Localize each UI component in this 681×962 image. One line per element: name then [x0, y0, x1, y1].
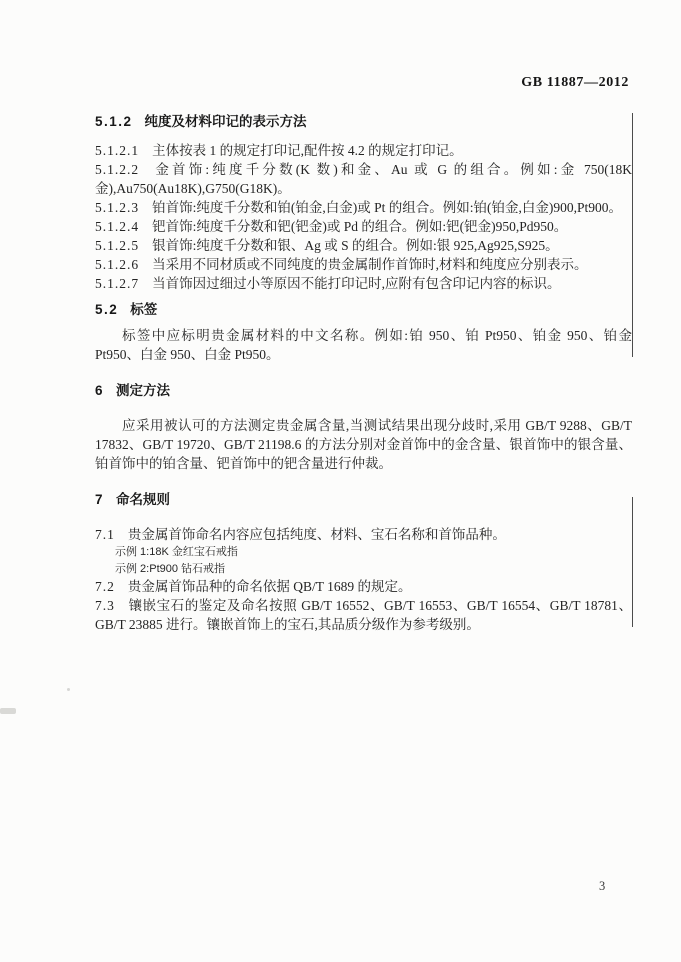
clause-text: 当首饰因过细过小等原因不能打印记时,应附有包含印记内容的标识。	[152, 276, 560, 291]
heading-6: 6测定方法	[95, 381, 632, 400]
clause-text: 主体按表 1 的规定打印记,配件按 4.2 的规定打印记。	[152, 143, 463, 158]
heading-number: 7	[95, 490, 104, 509]
scan-artifact-dot	[67, 688, 70, 691]
clause-number: 5.1.2.2	[95, 160, 139, 179]
document-content: 5.1.2纯度及材料印记的表示方法5.1.2.1主体按表 1 的规定打印记,配件…	[95, 112, 632, 634]
clause-5-1-2-5: 5.1.2.5银首饰:纯度千分数和银、Ag 或 S 的组合。例如:银 925,A…	[95, 236, 632, 255]
clause-number: 5.1.2.7	[95, 274, 139, 293]
clause-number: 7.2	[95, 577, 115, 596]
scan-edge-rule-bottom	[632, 497, 633, 627]
clause-text: 金首饰:纯度千分数(K 数)和金、Au 或 G 的组合。例如:金 750(18K…	[95, 162, 632, 196]
heading-title: 纯度及材料印记的表示方法	[145, 114, 307, 129]
page-number: 3	[599, 879, 605, 894]
clause-number: 5.1.2.6	[95, 255, 139, 274]
scan-edge-rule-top	[632, 113, 633, 357]
clause-5-1-2-6: 5.1.2.6当采用不同材质或不同纯度的贵金属制作首饰时,材料和纯度应分别表示。	[95, 255, 632, 274]
clause-5-1-2-7: 5.1.2.7当首饰因过细过小等原因不能打印记时,应附有包含印记内容的标识。	[95, 274, 632, 293]
clause-5-1-2-2: 5.1.2.2金首饰:纯度千分数(K 数)和金、Au 或 G 的组合。例如:金 …	[95, 160, 632, 198]
scan-artifact-smudge	[0, 708, 16, 714]
para-9: 标签中应标明贵金属材料的中文名称。例如:铂 950、铂 Pt950、铂金 950…	[95, 326, 632, 364]
clause-text: 示例 2:Pt900 钻石戒指	[115, 563, 225, 575]
clause-5-1-2-1: 5.1.2.1主体按表 1 的规定打印记,配件按 4.2 的规定打印记。	[95, 141, 632, 160]
heading-number: 5.2	[95, 300, 118, 319]
example-14: 示例 1:18K 金红宝石戒指	[115, 544, 632, 561]
heading-5-1-2: 5.1.2纯度及材料印记的表示方法	[95, 112, 632, 131]
clause-number: 7.3	[95, 596, 115, 615]
clause-number: 5.1.2.5	[95, 236, 139, 255]
clause-number: 5.1.2.3	[95, 198, 139, 217]
heading-title: 标签	[130, 302, 157, 317]
example-15: 示例 2:Pt900 钻石戒指	[115, 561, 632, 578]
clause-7-2: 7.2贵金属首饰品种的命名依据 QB/T 1689 的规定。	[95, 577, 632, 596]
clause-text: 银首饰:纯度千分数和银、Ag 或 S 的组合。例如:银 925,Ag925,S9…	[152, 238, 559, 253]
clause-text: 镶嵌宝石的鉴定及命名按照 GB/T 16552、GB/T 16553、GB/T …	[95, 598, 632, 632]
clause-text: 铂首饰:纯度千分数和铂(铂金,白金)或 Pt 的组合。例如:铂(铂金,白金)90…	[152, 200, 622, 215]
heading-title: 命名规则	[116, 492, 170, 507]
clause-text: 贵金属首饰命名内容应包括纯度、材料、宝石名称和首饰品种。	[128, 527, 506, 542]
heading-number: 5.1.2	[95, 112, 133, 131]
clause-text: 标签中应标明贵金属材料的中文名称。例如:铂 950、铂 Pt950、铂金 950…	[95, 328, 632, 362]
clause-text: 钯首饰:纯度千分数和钯(钯金)或 Pd 的组合。例如:钯(钯金)950,Pd95…	[152, 219, 567, 234]
clause-text: 当采用不同材质或不同纯度的贵金属制作首饰时,材料和纯度应分别表示。	[152, 257, 587, 272]
heading-5-2: 5.2标签	[95, 300, 632, 319]
heading-number: 6	[95, 381, 104, 400]
para-11: 应采用被认可的方法测定贵金属含量,当测试结果出现分歧时,采用 GB/T 9288…	[95, 416, 632, 473]
clause-text: 示例 1:18K 金红宝石戒指	[115, 546, 238, 558]
clause-5-1-2-4: 5.1.2.4钯首饰:纯度千分数和钯(钯金)或 Pd 的组合。例如:钯(钯金)9…	[95, 217, 632, 236]
clause-text: 应采用被认可的方法测定贵金属含量,当测试结果出现分歧时,采用 GB/T 9288…	[95, 418, 632, 471]
clause-5-1-2-3: 5.1.2.3铂首饰:纯度千分数和铂(铂金,白金)或 Pt 的组合。例如:铂(铂…	[95, 198, 632, 217]
heading-7: 7命名规则	[95, 490, 632, 509]
clause-7-3: 7.3镶嵌宝石的鉴定及命名按照 GB/T 16552、GB/T 16553、GB…	[95, 596, 632, 634]
heading-title: 测定方法	[116, 383, 170, 398]
document-page: GB 11887—2012 5.1.2纯度及材料印记的表示方法5.1.2.1主体…	[0, 0, 681, 962]
clause-number: 5.1.2.4	[95, 217, 139, 236]
clause-number: 5.1.2.1	[95, 141, 139, 160]
clause-7-1: 7.1贵金属首饰命名内容应包括纯度、材料、宝石名称和首饰品种。	[95, 525, 632, 544]
clause-text: 贵金属首饰品种的命名依据 QB/T 1689 的规定。	[128, 579, 412, 594]
standard-number: GB 11887—2012	[521, 75, 629, 91]
clause-number: 7.1	[95, 525, 115, 544]
